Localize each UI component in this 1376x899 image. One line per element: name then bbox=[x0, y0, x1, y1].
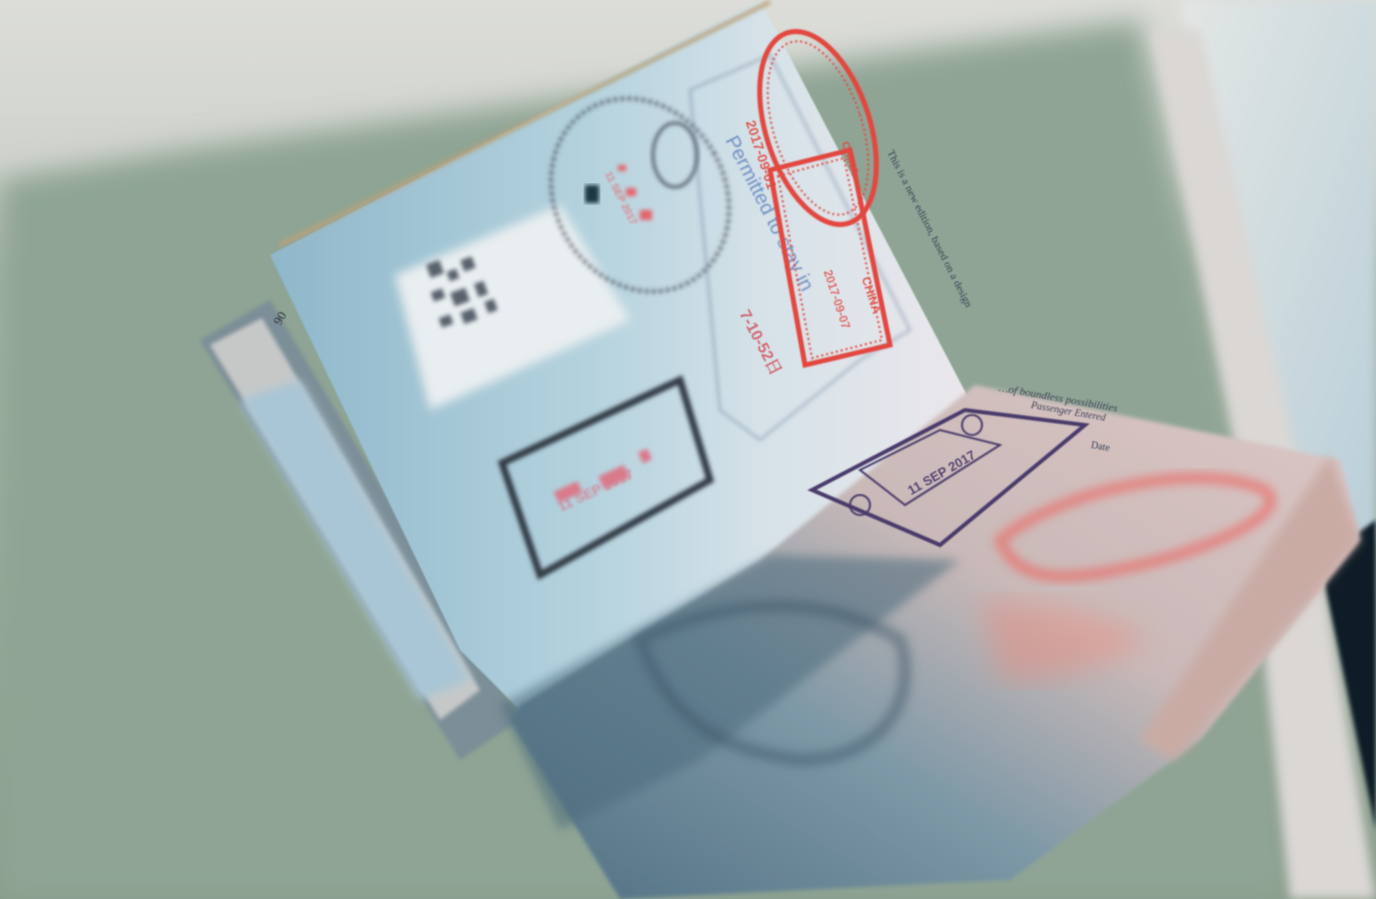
passport-photo: Permitted to stay in 2017-09-01 CHINA CH… bbox=[0, 0, 1376, 899]
photo-canvas: Permitted to stay in bbox=[0, 0, 1376, 899]
